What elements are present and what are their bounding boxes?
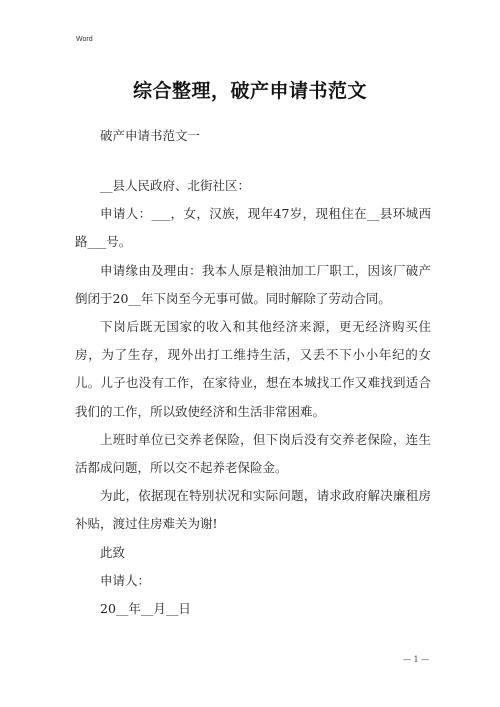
page-number: — 1 — [403, 655, 429, 664]
paragraph-date: 20__年__月__日 [75, 595, 431, 623]
paragraph-reason: 申请缘由及理由：我本人原是粮油加工厂职工，因该厂破产倒闭于20__年下岗至今无事… [75, 257, 431, 313]
document-body: __县人民政府、北街社区： 申请人：___，女，汉族，现年47岁，现租住在__县… [75, 172, 431, 623]
paragraph-closing: 此致 [75, 539, 431, 567]
paragraph-request: 为此，依据现在特别状况和实际问题，请求政府解决廉租房补贴，渡过住房难关为谢! [75, 482, 431, 538]
paragraph-hardship: 下岗后既无国家的收入和其他经济来源，更无经济购买住房，为了生存，现外出打工维持生… [75, 313, 431, 426]
document-subtitle: 破产申请书范文一 [100, 126, 200, 144]
paragraph-addressee: __县人民政府、北街社区： [75, 172, 431, 200]
paragraph-pension: 上班时单位已交养老保险，但下岗后没有交养老保险，连生活都成问题，所以交不起养老保… [75, 426, 431, 482]
paragraph-applicant: 申请人：___，女，汉族，现年47岁，现租住在__县环城西路___号。 [75, 200, 431, 256]
paragraph-signature: 申请人： [75, 567, 431, 595]
document-title: 综合整理，破产申请书范文 [0, 76, 500, 103]
header-app-label: Word [76, 36, 93, 43]
